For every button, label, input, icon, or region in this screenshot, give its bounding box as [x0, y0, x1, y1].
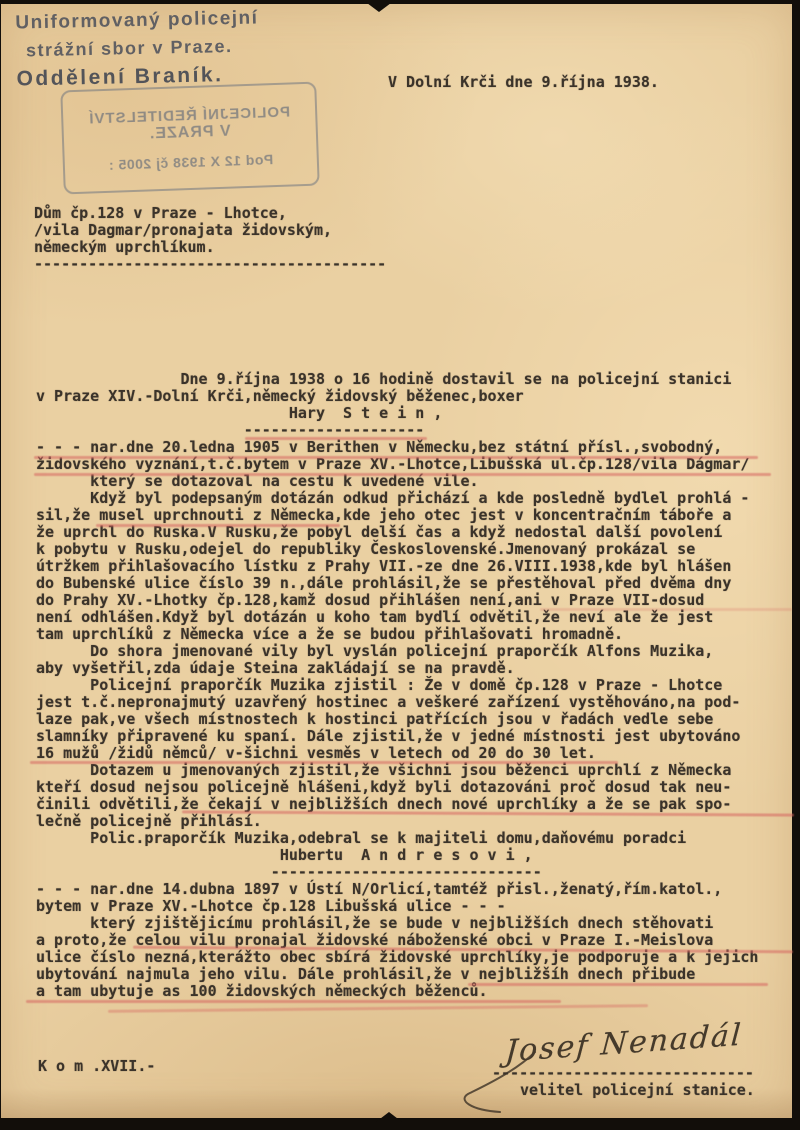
signature-line: ----------------------------- — [492, 1065, 754, 1082]
red-underline — [30, 761, 618, 764]
letterhead-line: strážní sbor v Praze. — [26, 35, 259, 61]
red-underline — [245, 437, 427, 440]
dateline: V Dolní Krči dne 9.října 1938. — [388, 74, 659, 91]
photo-edge-notch-bottom — [376, 1112, 402, 1122]
photo-edge-notch-top — [363, 0, 395, 12]
subject-block: Dům čp.128 v Praze - Lhotce, /vila Dagma… — [34, 205, 386, 273]
red-underline — [26, 1000, 561, 1003]
red-underline — [540, 608, 792, 611]
red-underline — [34, 473, 771, 476]
registry-stamp-line: Pod 12 X 1938 čj 2005 : — [108, 151, 273, 173]
red-underline — [96, 524, 340, 527]
signer-title: velitel policejní stanice. — [520, 1082, 755, 1099]
registry-stamp-mirrored: POLICEJNÍ ŘEDITELSTVÍ V PRAZE. Pod 12 X … — [60, 82, 319, 195]
kom-number: K o m .XVII.- — [38, 1058, 155, 1075]
report-body: Dne 9.října 1938 o 16 hodině dostavil se… — [36, 371, 758, 1000]
letterhead-line: Uniformovaný policejní — [15, 7, 259, 34]
letterhead-stamp: Uniformovaný policejní strážní sbor v Pr… — [15, 7, 260, 91]
registry-stamp-line: V PRAZE. — [149, 122, 231, 143]
red-underline — [468, 983, 768, 986]
red-underline — [34, 456, 758, 459]
